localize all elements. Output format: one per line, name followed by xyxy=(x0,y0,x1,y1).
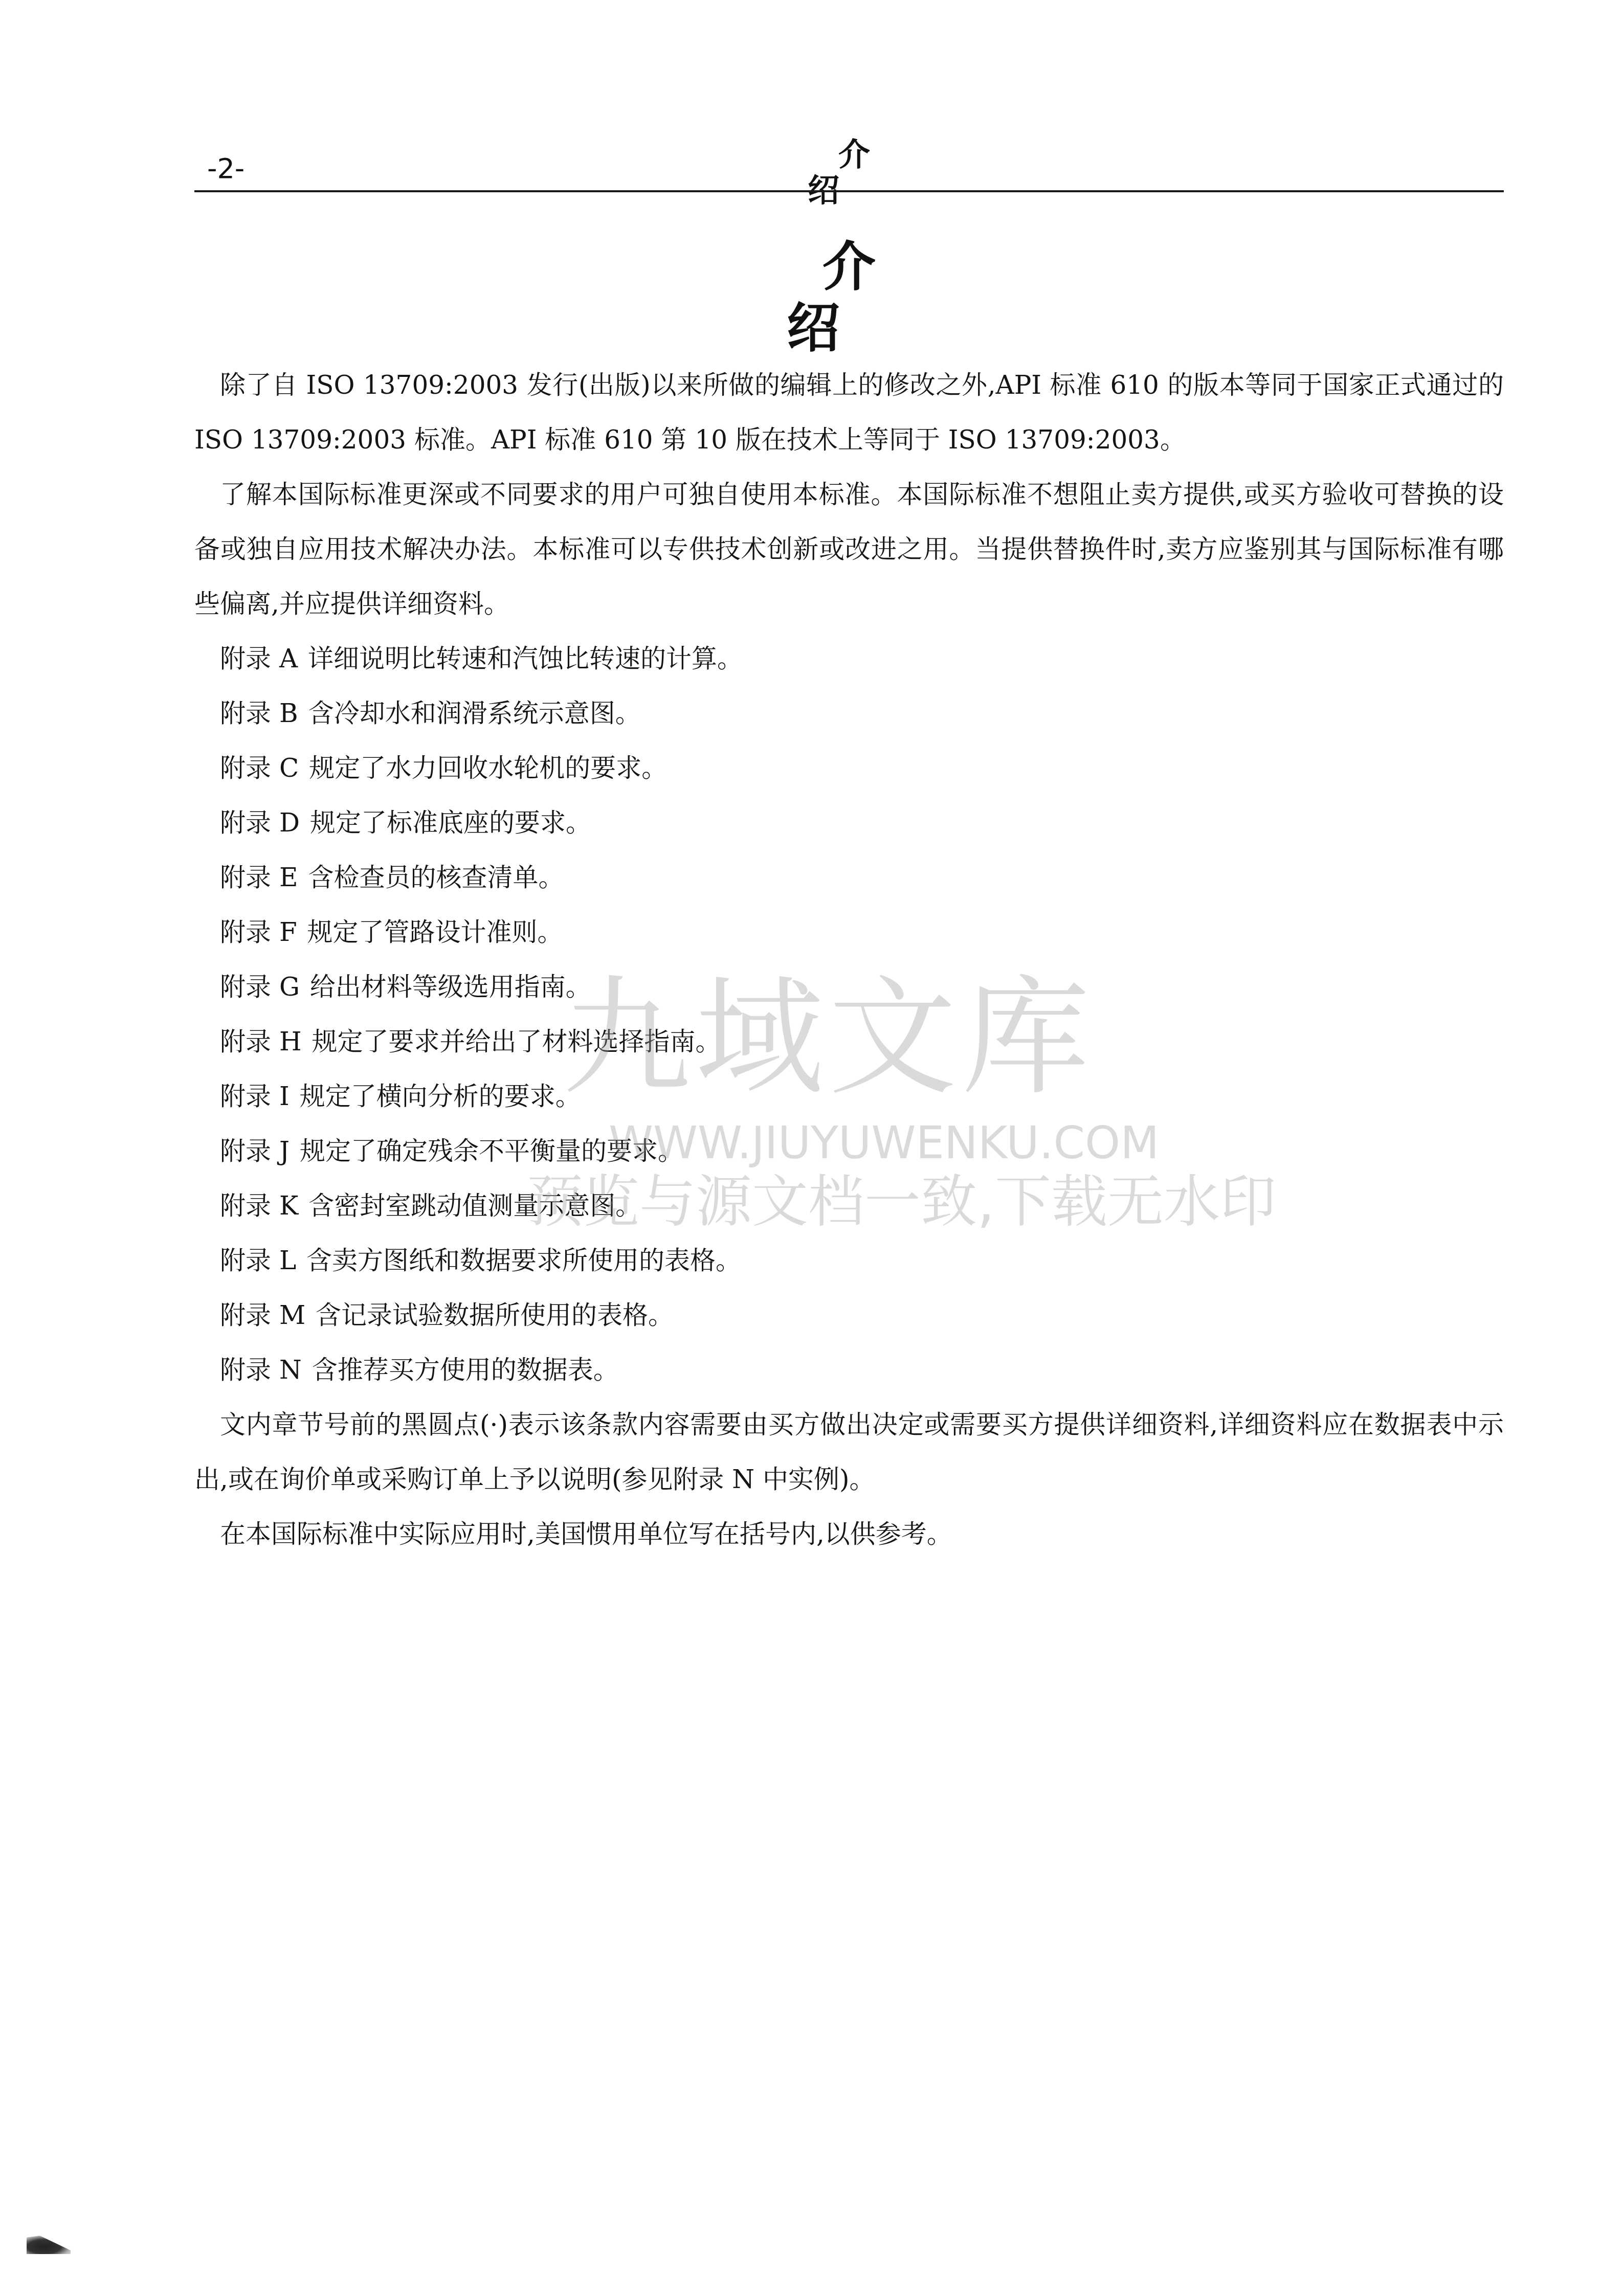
annex-key: 附录 J xyxy=(220,1124,290,1179)
annex-description: 规定了水力回收水轮机的要求。 xyxy=(309,753,667,783)
annex-key: 附录 K xyxy=(220,1179,298,1233)
annex-key: 附录 B xyxy=(220,686,298,741)
annex-key: 附录 I xyxy=(220,1069,290,1124)
annex-description: 含冷却水和润滑系统示意图。 xyxy=(308,699,641,728)
annex-key: 附录 G xyxy=(220,960,300,1015)
annex-item-j: 附录 J规定了确定残余不平衡量的要求。 xyxy=(194,1124,1504,1179)
annex-item-c: 附录 C规定了水力回收水轮机的要求。 xyxy=(194,741,1504,796)
annex-list: 附录 A详细说明比转速和汽蚀比转速的计算。 附录 B含冷却水和润滑系统示意图。 … xyxy=(194,632,1504,1398)
annex-key: 附录 F xyxy=(220,905,297,960)
annex-item-g: 附录 G给出材料等级选用指南。 xyxy=(194,960,1504,1015)
annex-key: 附录 M xyxy=(220,1288,305,1343)
paragraph-units-note: 在本国际标准中实际应用时,美国惯用单位写在括号内,以供参考。 xyxy=(194,1507,1504,1562)
annex-description: 规定了横向分析的要求。 xyxy=(300,1082,581,1111)
annex-description: 含推荐买方使用的数据表。 xyxy=(312,1355,619,1385)
header-divider xyxy=(194,190,1504,192)
annex-item-m: 附录 M含记录试验数据所使用的表格。 xyxy=(194,1288,1504,1343)
annex-description: 含记录试验数据所使用的表格。 xyxy=(316,1300,674,1330)
paragraph-equivalence: 除了自 ISO 13709:2003 发行(出版)以来所做的编辑上的修改之外,A… xyxy=(194,358,1504,467)
scan-artifact xyxy=(27,2236,71,2254)
annex-key: 附录 H xyxy=(220,1015,302,1069)
annex-description: 给出材料等级选用指南。 xyxy=(310,972,591,1002)
annex-description: 规定了确定残余不平衡量的要求。 xyxy=(300,1136,683,1166)
annex-item-b: 附录 B含冷却水和润滑系统示意图。 xyxy=(194,686,1504,741)
paragraph-alternatives: 了解本国际标准更深或不同要求的用户可独自使用本标准。本国际标准不想阻止卖方提供,… xyxy=(194,467,1504,632)
annex-item-f: 附录 F规定了管路设计准则。 xyxy=(194,905,1504,960)
annex-key: 附录 A xyxy=(220,632,298,686)
annex-item-n: 附录 N含推荐买方使用的数据表。 xyxy=(194,1343,1504,1398)
annex-description: 含检查员的核查清单。 xyxy=(308,863,564,892)
annex-description: 含密封室跳动值测量示意图。 xyxy=(308,1191,641,1221)
annex-item-h: 附录 H规定了要求并给出了材料选择指南。 xyxy=(194,1015,1504,1069)
annex-key: 附录 E xyxy=(220,850,298,905)
page-title: 介绍 xyxy=(706,236,992,359)
annex-item-k: 附录 K含密封室跳动值测量示意图。 xyxy=(194,1179,1504,1233)
running-header-title: 介绍 xyxy=(747,137,962,209)
annex-description: 含卖方图纸和数据要求所使用的表格。 xyxy=(306,1246,741,1275)
annex-description: 规定了管路设计准则。 xyxy=(307,917,563,947)
annex-key: 附录 L xyxy=(220,1233,296,1288)
annex-description: 详细说明比转速和汽蚀比转速的计算。 xyxy=(308,644,743,673)
annex-description: 规定了标准底座的要求。 xyxy=(310,808,591,838)
page-number: -2- xyxy=(207,153,244,184)
annex-description: 规定了要求并给出了材料选择指南。 xyxy=(312,1027,721,1056)
annex-item-a: 附录 A详细说明比转速和汽蚀比转速的计算。 xyxy=(194,632,1504,686)
annex-item-i: 附录 I规定了横向分析的要求。 xyxy=(194,1069,1504,1124)
annex-key: 附录 N xyxy=(220,1343,302,1398)
annex-item-l: 附录 L含卖方图纸和数据要求所使用的表格。 xyxy=(194,1233,1504,1288)
document-body: 除了自 ISO 13709:2003 发行(出版)以来所做的编辑上的修改之外,A… xyxy=(194,358,1504,1562)
annex-key: 附录 C xyxy=(220,741,299,796)
annex-item-e: 附录 E含检查员的核查清单。 xyxy=(194,850,1504,905)
annex-item-d: 附录 D规定了标准底座的要求。 xyxy=(194,796,1504,850)
annex-key: 附录 D xyxy=(220,796,300,850)
paragraph-bullet-convention: 文内章节号前的黑圆点(·)表示该条款内容需要由买方做出决定或需要买方提供详细资料… xyxy=(194,1398,1504,1507)
